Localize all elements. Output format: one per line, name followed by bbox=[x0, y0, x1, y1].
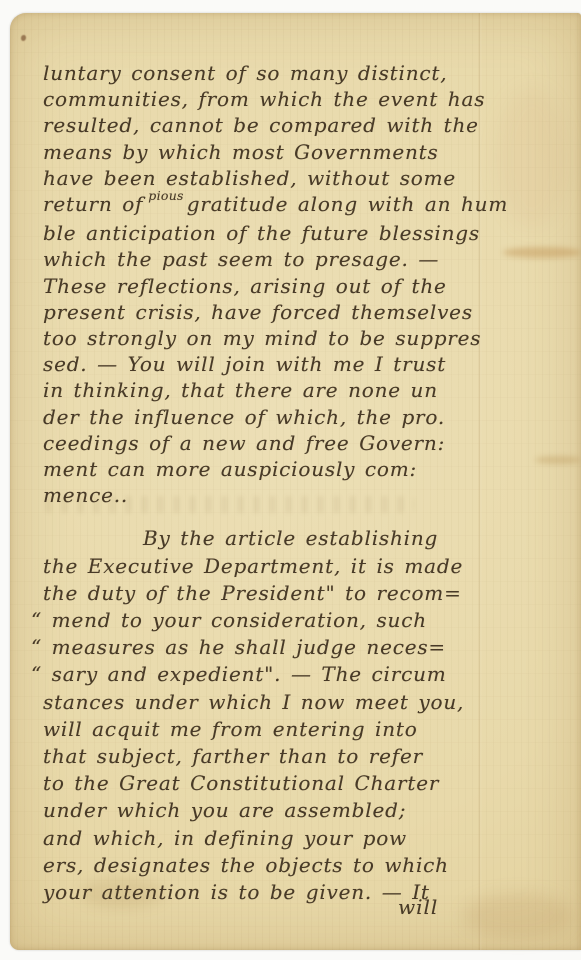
manuscript-line: and which, in defining your pow bbox=[43, 825, 513, 852]
manuscript-line: that subject, farther than to refer bbox=[43, 743, 513, 770]
horizontal-fold-stain-middle bbox=[535, 456, 581, 464]
manuscript-line: too strongly on my mind to be suppres bbox=[43, 325, 513, 351]
manuscript-line: sed. — You will join with me I trust bbox=[43, 351, 513, 377]
manuscript-line: ble anticipation of the future blessings bbox=[43, 220, 513, 246]
manuscript-paragraph: By the article establishingthe Executive… bbox=[43, 525, 513, 906]
manuscript-line: have been established, without some bbox=[43, 165, 513, 191]
manuscript-line: “ sary and expedient". — The circum bbox=[43, 661, 513, 688]
manuscript-line: ers, designates the objects to which bbox=[43, 852, 513, 879]
manuscript-line: under which you are assembled; bbox=[43, 797, 513, 824]
document-scan: luntary consent of so many distinct,comm… bbox=[0, 0, 581, 960]
interlinear-insertion: pious bbox=[148, 183, 184, 209]
manuscript-line: By the article establishing bbox=[43, 525, 513, 552]
manuscript-line: which the past seem to presage. — bbox=[43, 246, 513, 272]
manuscript-paragraph: luntary consent of so many distinct,comm… bbox=[43, 60, 513, 508]
manuscript-line: luntary consent of so many distinct, bbox=[43, 60, 513, 86]
manuscript-line: return ofpiousgratitude along with an hu… bbox=[43, 191, 513, 220]
manuscript-line: will acquit me from entering into bbox=[43, 716, 513, 743]
manuscript-line: ment can more auspiciously com: bbox=[43, 456, 513, 482]
manuscript-line: “ mend to your consideration, such bbox=[43, 607, 513, 634]
manuscript-line: present crisis, have forced themselves bbox=[43, 299, 513, 325]
line-text: gratitude along with an hum bbox=[187, 192, 508, 216]
line-text: return of bbox=[43, 192, 143, 216]
catchword: will bbox=[398, 895, 438, 919]
manuscript-line: der the influence of which, the pro. bbox=[43, 404, 513, 430]
manuscript-page: luntary consent of so many distinct,comm… bbox=[10, 13, 581, 950]
manuscript-line: the Executive Department, it is made bbox=[43, 553, 513, 580]
horizontal-fold-stain-upper bbox=[503, 247, 581, 258]
manuscript-line: These reflections, arising out of the bbox=[43, 273, 513, 299]
manuscript-line: your attention is to be given. — It bbox=[43, 879, 513, 906]
manuscript-line: resulted, cannot be compared with the bbox=[43, 112, 513, 138]
manuscript-line: in thinking, that there are none un bbox=[43, 377, 513, 403]
manuscript-line: mence.. bbox=[43, 482, 513, 508]
ink-speck bbox=[21, 35, 26, 41]
manuscript-line: stances under which I now meet you, bbox=[43, 689, 513, 716]
manuscript-line: “ measures as he shall judge neces= bbox=[43, 634, 513, 661]
manuscript-text: luntary consent of so many distinct,comm… bbox=[43, 60, 513, 906]
manuscript-line: ceedings of a new and free Govern: bbox=[43, 430, 513, 456]
manuscript-line: communities, from which the event has bbox=[43, 86, 513, 112]
manuscript-line: the duty of the President" to recom= bbox=[43, 580, 513, 607]
manuscript-line: to the Great Constitutional Charter bbox=[43, 770, 513, 797]
manuscript-line: means by which most Governments bbox=[43, 139, 513, 165]
